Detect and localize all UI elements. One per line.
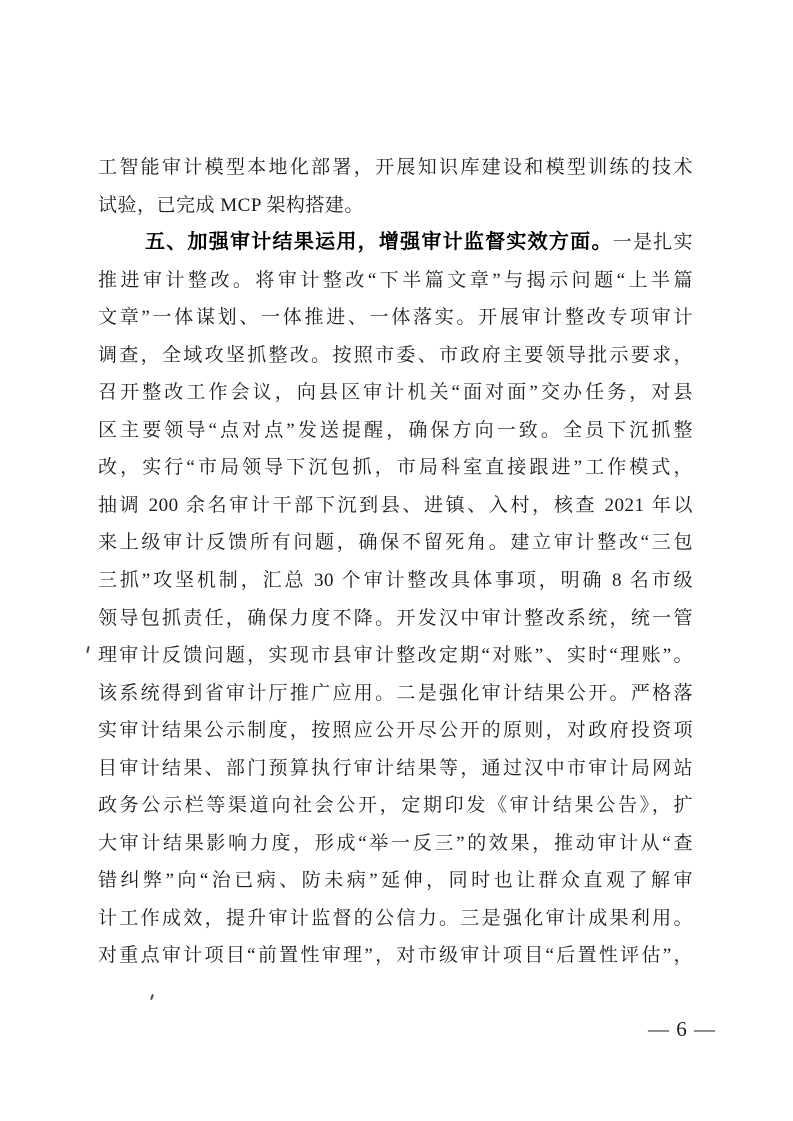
text-line: 政务公示栏等渠道向社会公开，定期印发《审计结果公告》，扩 — [98, 787, 693, 825]
text-line: 实审计结果公示制度，按照应公开尽公开的原则，对政府投资项 — [98, 712, 693, 750]
text-segment: 工智能审计模型本地化部署，开展知识库建设和模型训练的技术 — [98, 157, 693, 178]
text-line: 抽调 200 余名审计干部下沉到县、进镇、入村，核查 2021 年以 — [98, 487, 693, 525]
text-line: 召开整改工作会议，向县区审计机关“面对面”交办任务，对县 — [98, 374, 693, 412]
text-segment: 抽调 200 余名审计干部下沉到县、进镇、入村，核查 2021 年以 — [98, 495, 693, 516]
scan-speck — [150, 994, 154, 1000]
text-line: 大审计结果影响力度，形成“举一反三”的效果，推动审计从“查 — [98, 825, 693, 863]
text-line: 改，实行“市局领导下沉包抓，市局科室直接跟进”工作模式， — [98, 449, 693, 487]
text-line: 推进审计整改。将审计整改“下半篇文章”与揭示问题“上半篇 — [98, 262, 693, 300]
text-line: 对重点审计项目“前置性审理”，对市级审计项目“后置性评估”， — [98, 937, 693, 975]
text-segment: 来上级审计反馈所有问题，确保不留死角。建立审计整改“三包 — [98, 532, 693, 553]
text-segment: 领导包抓责任，确保力度不降。开发汉中审计整改系统，统一管 — [98, 608, 693, 629]
text-segment: 试验，已完成 MCP 架构搭建。 — [98, 195, 364, 216]
scan-speck — [86, 646, 90, 653]
text-segment: 实审计结果公示制度，按照应公开尽公开的原则，对政府投资项 — [98, 720, 693, 741]
text-segment: 三抓”攻坚机制，汇总 30 个审计整改具体事项，明确 8 名市级 — [98, 570, 693, 591]
document-text: 工智能审计模型本地化部署，开展知识库建设和模型训练的技术试验，已完成 MCP 架… — [98, 149, 693, 975]
text-line: 五、加强审计结果运用，增强审计监督实效方面。一是扎实 — [98, 224, 693, 262]
text-segment: 大审计结果影响力度，形成“举一反三”的效果，推动审计从“查 — [98, 833, 693, 854]
text-segment: 计工作成效，提升审计监督的公信力。 — [98, 908, 460, 929]
text-line: 计工作成效，提升审计监督的公信力。三是强化审计成果利用。 — [98, 900, 693, 938]
text-segment: 调查，全域攻坚抓整改。按照市委、市政府主要领导批示要求， — [98, 345, 693, 366]
text-segment: 对重点审计项目“前置性审理”，对市级审计项目“后置性评估”， — [98, 945, 693, 966]
text-line: 区主要领导“点对点”发送提醒，确保方向一致。全员下沉抓整 — [98, 412, 693, 450]
section-heading: 五、加强审计结果运用，增强审计监督实效方面。 — [145, 231, 613, 253]
text-segment: 错纠弊”向“治已病、防未病”延伸，同时也让群众直观了解审 — [98, 870, 693, 891]
text-line: 文章”一体谋划、一体推进、一体落实。开展审计整改专项审计 — [98, 299, 693, 337]
text-line: 三抓”攻坚机制，汇总 30 个审计整改具体事项，明确 8 名市级 — [98, 562, 693, 600]
text-segment: 改，实行“市局领导下沉包抓，市局科室直接跟进”工作模式， — [98, 457, 693, 478]
text-line: 错纠弊”向“治已病、防未病”延伸，同时也让群众直观了解审 — [98, 862, 693, 900]
text-segment: 三是强化审计成果利用。 — [460, 908, 693, 929]
page-number: — 6 — — [648, 1017, 716, 1042]
text-segment: 将审计整改“下半篇文章”与揭示问题“上半篇 — [255, 270, 693, 291]
text-line: 调查，全域攻坚抓整改。按照市委、市政府主要领导批示要求， — [98, 337, 693, 375]
text-line: 理审计反馈问题，实现市县审计整改定期“对账”、实时“理账”。 — [98, 637, 693, 675]
text-segment: 目审计结果、部门预算执行审计结果等，通过汉中市审计局网站 — [98, 758, 693, 779]
text-segment: 文章”一体谋划、一体推进、一体落实。开展审计整改专项审计 — [98, 307, 693, 328]
text-segment: 一是扎实 — [613, 232, 693, 253]
text-segment: 二是强化审计结果公开。 — [396, 683, 630, 704]
text-segment: 召开整改工作会议，向县区审计机关“面对面”交办任务，对县 — [98, 382, 693, 403]
text-line: 领导包抓责任，确保力度不降。开发汉中审计整改系统，统一管 — [98, 600, 693, 638]
text-segment: 政务公示栏等渠道向社会公开，定期印发《审计结果公告》，扩 — [98, 795, 693, 816]
scanned-document-page: 工智能审计模型本地化部署，开展知识库建设和模型训练的技术试验，已完成 MCP 架… — [0, 0, 793, 1121]
text-segment: 区主要领导“点对点”发送提醒，确保方向一致。全员下沉抓整 — [98, 420, 693, 441]
text-segment: 严格落 — [631, 683, 693, 704]
text-segment: 理审计反馈问题，实现市县审计整改定期“对账”、实时“理账”。 — [98, 645, 693, 666]
text-segment: 该系统得到省审计厅推广应用。 — [98, 683, 396, 704]
text-segment: 推进审计整改。 — [98, 270, 255, 291]
text-line: 该系统得到省审计厅推广应用。二是强化审计结果公开。严格落 — [98, 675, 693, 713]
text-line: 工智能审计模型本地化部署，开展知识库建设和模型训练的技术 — [98, 149, 693, 187]
text-line: 目审计结果、部门预算执行审计结果等，通过汉中市审计局网站 — [98, 750, 693, 788]
text-line: 来上级审计反馈所有问题，确保不留死角。建立审计整改“三包 — [98, 524, 693, 562]
text-line: 试验，已完成 MCP 架构搭建。 — [98, 187, 693, 225]
